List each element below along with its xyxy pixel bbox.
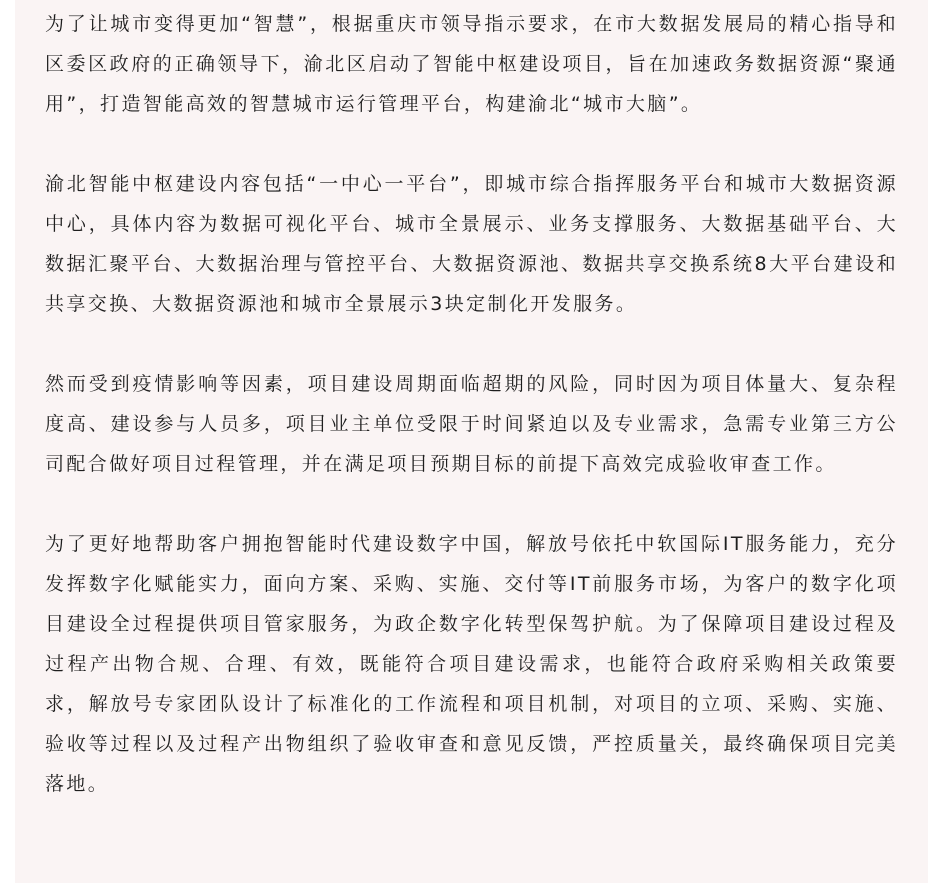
paragraph-construction-content: 渝北智能中枢建设内容包括“一中心一平台”，即城市综合指挥服务平台和城市大数据资源… [45, 164, 898, 324]
paragraph-solution: 为了更好地帮助客户拥抱智能时代建设数字中国，解放号依托中软国际IT服务能力，充分… [45, 524, 898, 804]
paragraph-intro: 为了让城市变得更加“智慧”，根据重庆市领导指示要求，在市大数据发展局的精心指导和… [45, 4, 898, 124]
article-body: 为了让城市变得更加“智慧”，根据重庆市领导指示要求，在市大数据发展局的精心指导和… [15, 0, 928, 883]
paragraph-challenges: 然而受到疫情影响等因素，项目建设周期面临超期的风险，同时因为项目体量大、复杂程度… [45, 364, 898, 484]
